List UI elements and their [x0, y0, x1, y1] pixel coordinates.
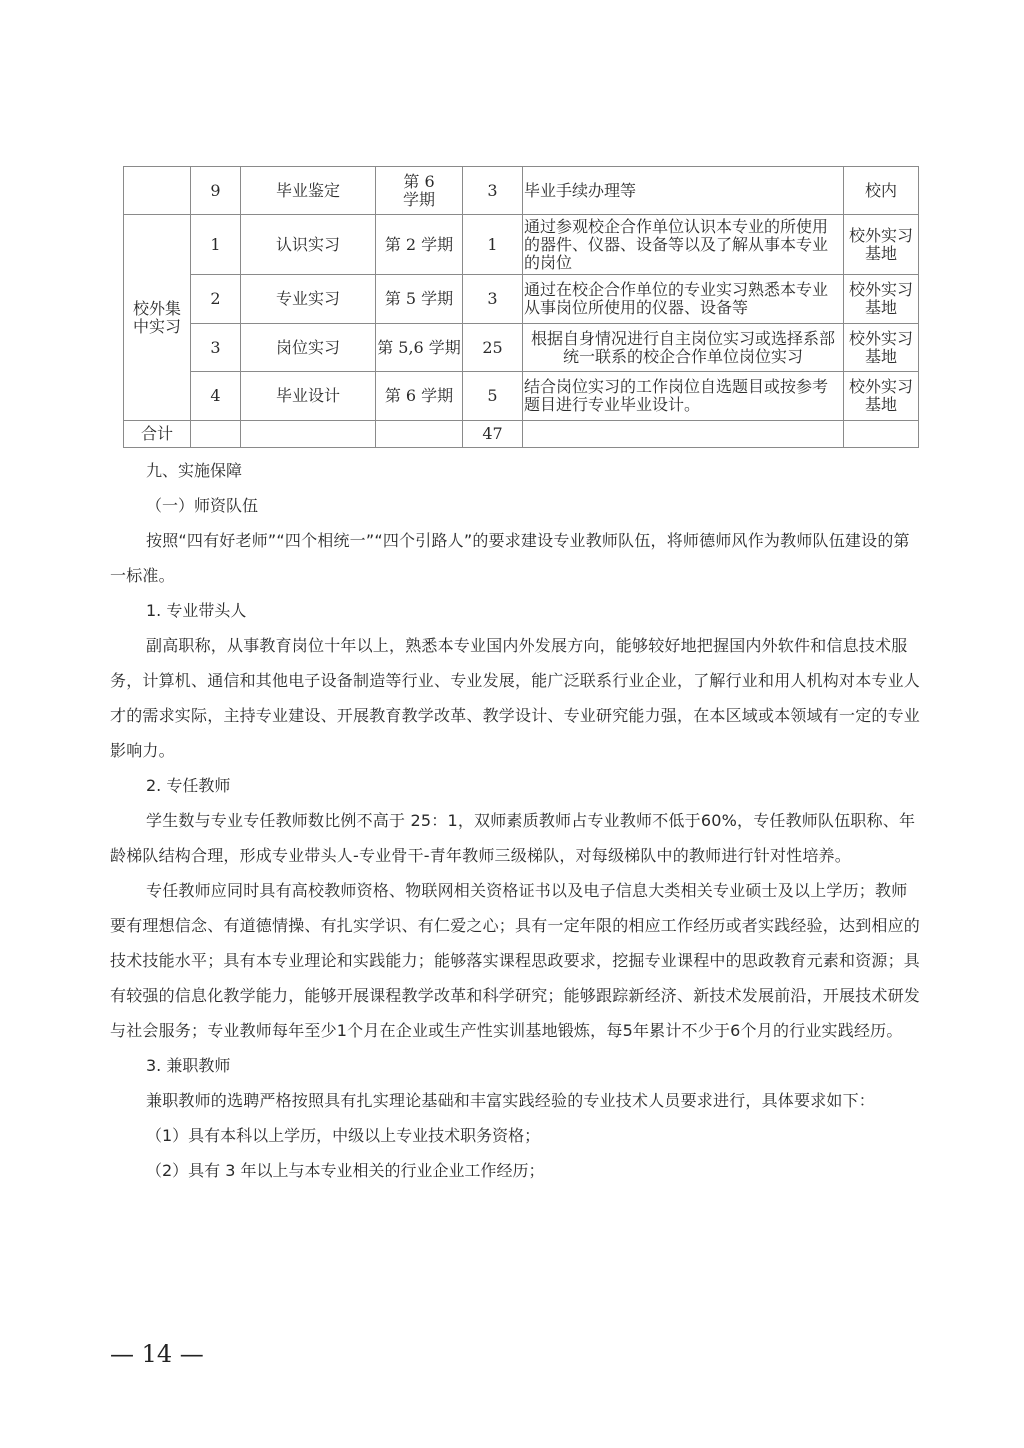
course-name-cell: 认识实习: [241, 215, 376, 275]
item-heading-fulltime: 2. 专任教师: [110, 768, 920, 803]
number-cell: 9: [191, 167, 241, 215]
total-label-cell: 合计: [124, 421, 191, 448]
table-row: 4 毕业设计 第 6 学期 5 结合岗位实习的工作岗位自选题目或按参考题目进行专…: [124, 372, 919, 421]
weeks-cell: 3: [463, 167, 523, 215]
item-heading-leader: 1. 专业带头人: [110, 593, 920, 628]
place-cell: 校外实习基地: [844, 324, 919, 372]
content-cell: 通过在校企合作单位的专业实习熟悉本专业从事岗位所使用的仪器、设备等: [523, 275, 844, 324]
place-cell: 校外实习基地: [844, 215, 919, 275]
table-row: 校外集中实习 1 认识实习 第 2 学期 1 通过参观校企合作单位认识本专业的所…: [124, 215, 919, 275]
number-cell: 2: [191, 275, 241, 324]
fulltime-paragraph-2: 专任教师应同时具有高校教师资格、物联网相关资格证书以及电子信息大类相关专业硕士及…: [110, 873, 920, 1048]
page-number: — 14 —: [110, 1340, 204, 1368]
term-cell: 第 2 学期: [376, 215, 463, 275]
group-cell: [124, 167, 191, 215]
leader-paragraph: 副高职称，从事教育岗位十年以上，熟悉本专业国内外发展方向，能够较好地把握国内外软…: [110, 628, 920, 768]
term-cell: 第 5,6 学期: [376, 324, 463, 372]
place-cell: 校外实习基地: [844, 275, 919, 324]
course-name-cell: 毕业设计: [241, 372, 376, 421]
parttime-list-item: （1）具有本科以上学历，中级以上专业技术职务资格；: [110, 1118, 920, 1153]
number-cell: 3: [191, 324, 241, 372]
weeks-cell: 25: [463, 324, 523, 372]
term-cell: 第 5 学期: [376, 275, 463, 324]
content-cell: 根据自身情况进行自主岗位实习或选择系部统一联系的校企合作单位岗位实习: [523, 324, 844, 372]
group-cell: 校外集中实习: [124, 215, 191, 421]
section-title: 九、实施保障: [110, 453, 920, 488]
body-text: 九、实施保障 （一）师资队伍 按照“四有好老师”“四个相统一”“四个引路人”的要…: [110, 453, 920, 1188]
place-cell: 校外实习基地: [844, 372, 919, 421]
weeks-cell: 3: [463, 275, 523, 324]
total-weeks-cell: 47: [463, 421, 523, 448]
course-name-cell: 毕业鉴定: [241, 167, 376, 215]
total-row: 合计 47: [124, 421, 919, 448]
table-row: 2 专业实习 第 5 学期 3 通过在校企合作单位的专业实习熟悉本专业从事岗位所…: [124, 275, 919, 324]
table-row: 9 毕业鉴定 第 6学期 3 毕业手续办理等 校内: [124, 167, 919, 215]
weeks-cell: 5: [463, 372, 523, 421]
parttime-paragraph: 兼职教师的选聘严格按照具有扎实理论基础和丰富实践经验的专业技术人员要求进行，具体…: [110, 1083, 920, 1118]
course-name-cell: 岗位实习: [241, 324, 376, 372]
practice-schedule-table: 9 毕业鉴定 第 6学期 3 毕业手续办理等 校内 校外集中实习 1 认识实习 …: [123, 166, 919, 448]
number-cell: 4: [191, 372, 241, 421]
content-cell: 毕业手续办理等: [523, 167, 844, 215]
number-cell: 1: [191, 215, 241, 275]
fulltime-paragraph-1: 学生数与专业专任教师数比例不高于 25：1，双师素质教师占专业教师不低于60%，…: [110, 803, 920, 873]
section-subtitle: （一）师资队伍: [110, 488, 920, 523]
term-cell: 第 6 学期: [376, 372, 463, 421]
table-row: 3 岗位实习 第 5,6 学期 25 根据自身情况进行自主岗位实习或选择系部统一…: [124, 324, 919, 372]
course-name-cell: 专业实习: [241, 275, 376, 324]
document-page: 9 毕业鉴定 第 6学期 3 毕业手续办理等 校内 校外集中实习 1 认识实习 …: [0, 0, 1024, 1448]
item-heading-parttime: 3. 兼职教师: [110, 1048, 920, 1083]
intro-paragraph: 按照“四有好老师”“四个相统一”“四个引路人”的要求建设专业教师队伍，将师德师风…: [110, 523, 920, 593]
weeks-cell: 1: [463, 215, 523, 275]
place-cell: 校内: [844, 167, 919, 215]
term-cell: 第 6学期: [376, 167, 463, 215]
parttime-list-item: （2）具有 3 年以上与本专业相关的行业企业工作经历；: [110, 1153, 920, 1188]
content-cell: 结合岗位实习的工作岗位自选题目或按参考题目进行专业毕业设计。: [523, 372, 844, 421]
content-cell: 通过参观校企合作单位认识本专业的所使用的器件、仪器、设备等以及了解从事本专业的岗…: [523, 215, 844, 275]
